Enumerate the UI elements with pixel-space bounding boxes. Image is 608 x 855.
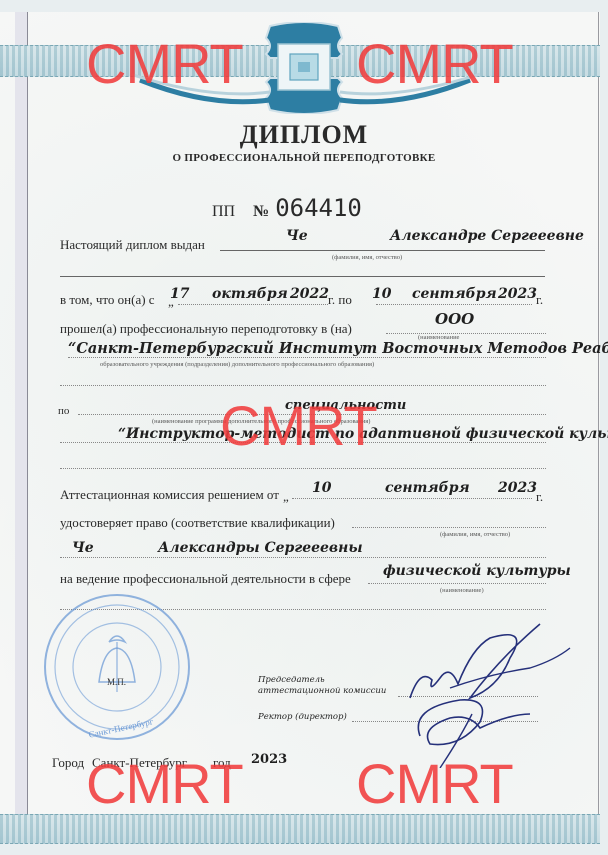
- institution-hint: образовательного учреждения (подразделен…: [100, 361, 374, 368]
- footer-city-label: Город: [52, 755, 84, 771]
- activity-field: физической культуры: [383, 563, 571, 579]
- qualification-name: Александры Сергееевны: [158, 540, 363, 556]
- activity-hint: (наименование): [440, 587, 484, 594]
- qualification-line: [352, 527, 546, 528]
- commission-month: сентября: [385, 480, 470, 496]
- activity-line: [368, 583, 546, 584]
- issued-to-label: Настоящий диплом выдан: [60, 237, 205, 253]
- institution-name: “Санкт-Петербургский Институт Восточных …: [68, 340, 608, 357]
- to-year: 2023: [498, 286, 537, 302]
- document-serial: ПП№064410: [212, 194, 362, 222]
- commission-date-line: [292, 498, 532, 499]
- institution-name-line: [68, 357, 546, 358]
- watermark: CMRT: [356, 36, 513, 92]
- commission-suffix: г.: [536, 489, 543, 505]
- period-suffix: г.: [536, 292, 543, 308]
- blank-line: [60, 468, 546, 469]
- org-type: ООО: [435, 310, 474, 328]
- from-date-line: [178, 304, 328, 305]
- chair-title-line2: аттестационной комиссии: [258, 686, 386, 696]
- watermark: CMRT: [86, 756, 243, 812]
- institution-label: прошел(а) профессиональную переподготовк…: [60, 321, 352, 337]
- institution-line: [386, 333, 546, 334]
- chair-title-line1: Председатель: [258, 675, 325, 685]
- blank-line: [60, 385, 546, 386]
- holder-name: Александре Сергееевне: [390, 228, 584, 244]
- to-day: 10: [372, 286, 391, 302]
- official-stamp: [37, 592, 197, 742]
- footer-year: 2023: [251, 752, 287, 767]
- program-label: по: [58, 405, 69, 417]
- document-number: 064410: [275, 194, 362, 222]
- document-title: ДИПЛОМ: [0, 120, 608, 150]
- qualification-label: удостоверяет право (соответствие квалифи…: [60, 515, 335, 531]
- issued-to-line: [220, 250, 545, 251]
- from-day: 17: [170, 286, 189, 302]
- from-month: октября: [212, 286, 288, 302]
- issued-to-hint: (фамилия, имя, отчество): [332, 254, 402, 261]
- number-sign: №: [253, 203, 269, 220]
- series: ПП: [212, 203, 235, 220]
- qualification-hint: (фамилия, имя, отчество): [440, 531, 510, 538]
- watermark: CMRT: [220, 398, 377, 454]
- commission-year: 2023: [498, 480, 537, 496]
- activity-label: на ведение профессиональной деятельности…: [60, 571, 351, 587]
- period-prefix: в том, что он(а) с: [60, 292, 155, 308]
- guilloche-band-bottom: [0, 814, 600, 844]
- quote-mark: „: [283, 489, 289, 505]
- qualification-surname: Че: [72, 540, 94, 556]
- qualification-name-line: [60, 557, 546, 558]
- watermark: CMRT: [86, 36, 243, 92]
- period-mid: г. по: [328, 292, 352, 308]
- from-year: 2022: [290, 286, 329, 302]
- stamp-mp: М.П.: [107, 677, 126, 687]
- commission-label: Аттестационная комиссия решением от: [60, 487, 279, 503]
- document-subtitle: О ПРОФЕССИОНАЛЬНОЙ ПЕРЕПОДГОТОВКЕ: [0, 152, 608, 164]
- signature-strokes: [380, 618, 580, 768]
- commission-day: 10: [312, 480, 331, 496]
- to-date-line: [376, 304, 532, 305]
- watermark: CMRT: [356, 756, 513, 812]
- to-month: сентября: [412, 286, 497, 302]
- rector-title: Ректор (директор): [258, 712, 347, 722]
- holder-surname: Че: [286, 228, 308, 244]
- blank-line: [60, 276, 545, 277]
